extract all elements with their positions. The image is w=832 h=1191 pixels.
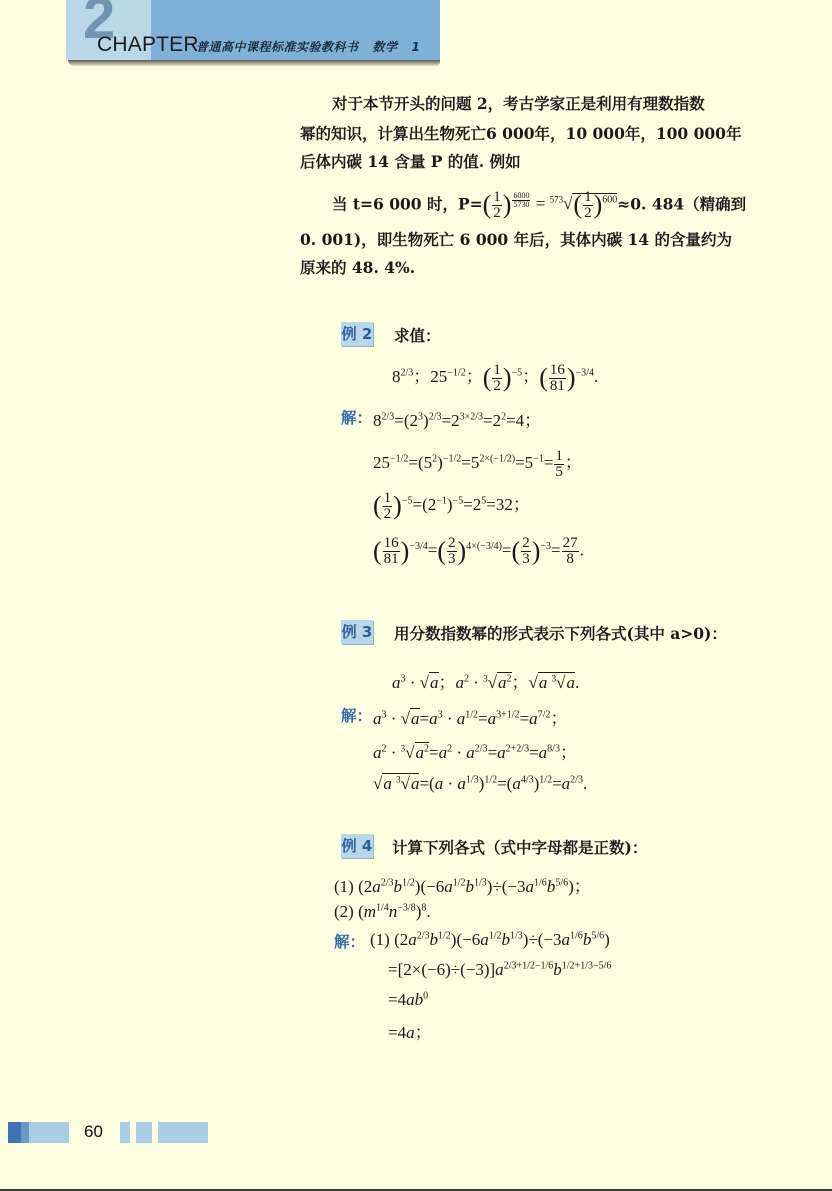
example-4-step-3: =4ab0: [388, 990, 428, 1010]
intro-line-3: 后体内碳 14 含量 P 的值. 例如: [300, 150, 521, 172]
example-4-prompt: 计算下列各式（式中字母都是正数)：: [392, 836, 647, 858]
example-2-badge: 例 2: [341, 322, 373, 346]
eq-inner-exp: 600: [602, 195, 617, 206]
book-series: 普通高中课程标准实验教科书: [196, 40, 359, 54]
example-2-problem: 82/3；25−1/2；(12)−5；(1681)−3/4.: [392, 362, 598, 394]
footer-bar-right-2: [136, 1122, 152, 1143]
chapter-label: CHAPTER: [97, 33, 199, 57]
example-4-badge: 例 4: [341, 834, 373, 858]
example-2-prompt: 求值：: [394, 324, 441, 346]
book-subject: 数学: [373, 40, 398, 54]
book-title: 普通高中课程标准实验教科书数学1: [196, 38, 420, 55]
solution-label: 解：: [341, 707, 372, 725]
example-4-problem-1: (1) (2a2/3b1/2)(−6a1/2b1/3)÷(−3a1/6b5/6)…: [334, 872, 591, 897]
example-2-solution: 解：: [341, 406, 372, 428]
footer-bar-dark: [8, 1122, 21, 1143]
footer-bar-light: [29, 1122, 69, 1143]
eq-exp-den: 5730: [512, 201, 530, 209]
solution-label: 解：: [341, 409, 372, 427]
example-3-badge: 例 3: [341, 620, 373, 644]
intro-equation: 当 t=6 000 时，P=(12)60005730 = 573√(12)600…: [332, 190, 746, 221]
example-3-prompt: 用分数指数幂的形式表示下列各式(其中 a>0)：: [394, 622, 727, 644]
intro-line-5: 0. 001)，即生物死亡 6 000 年后，其体内碳 14 的含量约为: [300, 228, 732, 250]
intro-line-1: 对于本节开头的问题 2，考古学家正是利用有理数指数: [332, 92, 705, 114]
intro-line-6: 原来的 48. 4%.: [300, 256, 415, 278]
example-2-step-4: (1681)−3/4=(23)4×(−3/4)=(23)−3=278.: [373, 536, 584, 567]
example-3-step-2: a2 · 3√a2=a2 · a2/3=a2+2/3=a8/3；: [373, 738, 577, 763]
example-4-problem-2: (2) (m1/4n−3/8)8.: [334, 902, 431, 922]
example-4-step-2: =[2×(−6)÷(−3)]a2/3+1/2−1/6b1/2+1/3−5/6: [388, 960, 611, 980]
solution-label: 解：: [334, 933, 365, 951]
example-4-step-4: =4a；: [388, 1018, 432, 1043]
example-2-step-3: (12)−5=(2−1)−5=25=32；: [373, 490, 530, 522]
example-2-step-2: 25−1/2=(52)−1/2=52×(−1/2)=5−1=15；: [373, 448, 582, 480]
example-4-solution: 解：: [334, 930, 365, 952]
eq-result: ≈0. 484（精确到: [617, 194, 746, 213]
eq-root-index: 573: [550, 195, 564, 205]
example-3-step-3: √a 3√a=(a · a1/3)1/2=(a4/3)1/2=a2/3.: [373, 774, 587, 794]
example-3-solution: 解：: [341, 704, 372, 726]
page-number: 60: [84, 1122, 103, 1142]
footer-bar-right-3: [158, 1122, 208, 1143]
eq-prefix: 当 t=6 000 时，P=: [332, 194, 483, 213]
footer-bar-mid: [21, 1122, 29, 1143]
example-3-problem: a3 · √a；a2 · 3√a2；√a 3√a.: [392, 668, 579, 693]
intro-line-2: 幂的知识，计算出生物死亡6 000年，10 000年，100 000年: [300, 122, 741, 144]
book-volume: 1: [412, 40, 421, 54]
footer-bar-right-1: [120, 1122, 130, 1143]
example-2-step-1: 82/3=(23)2/3=23×2/3=22=4；: [373, 406, 541, 431]
example-4-step-1: (1) (2a2/3b1/2)(−6a1/2b1/3)÷(−3a1/6b5/6): [370, 930, 610, 950]
example-3-step-1: a3 · √a=a3 · a1/2=a3+1/2=a7/2；: [373, 704, 567, 729]
